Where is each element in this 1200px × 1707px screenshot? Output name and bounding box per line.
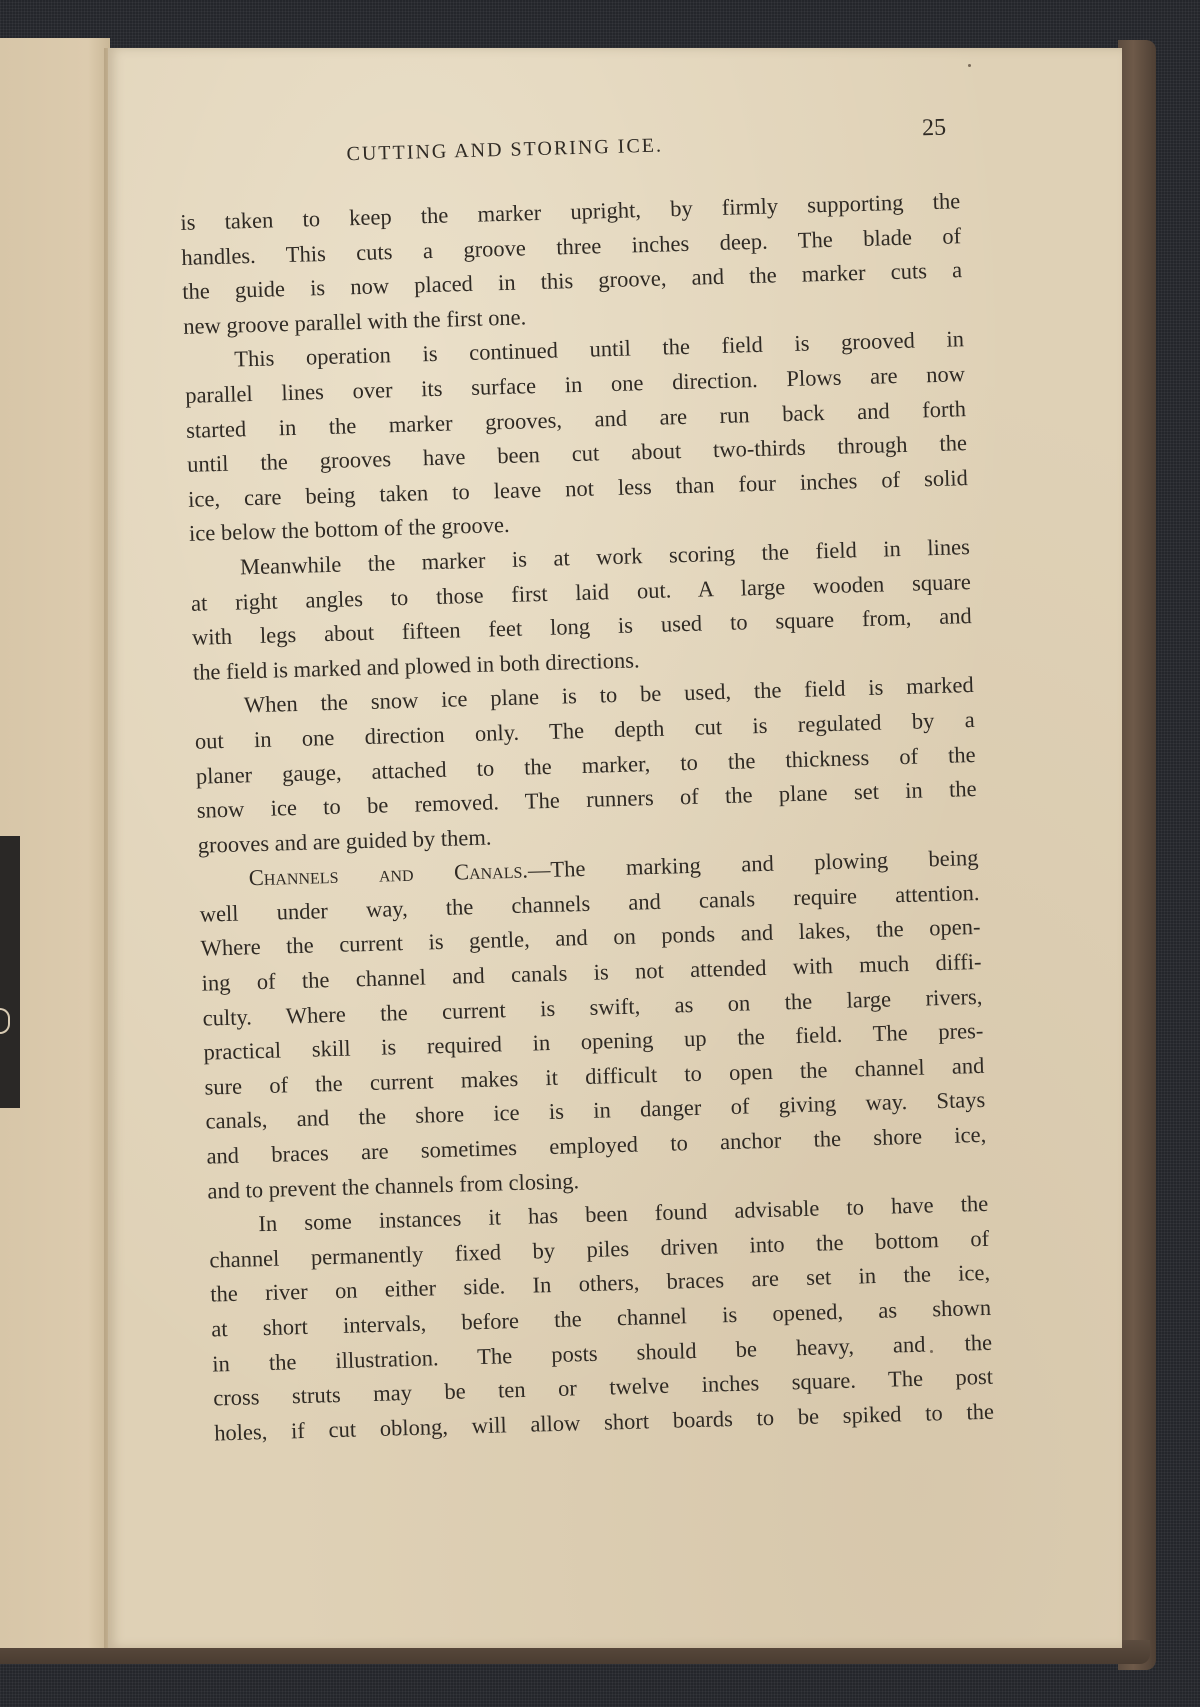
page-content: CUTTING AND STORING ICE. 25 is taken to … [178, 114, 994, 1451]
paper-fleck [968, 64, 971, 67]
running-head: CUTTING AND STORING ICE. 25 [178, 114, 959, 176]
left-page-plate [0, 836, 20, 1108]
book-cover-edge [1118, 40, 1156, 1670]
page-number: 25 [922, 115, 947, 143]
running-title: CUTTING AND STORING ICE. [346, 134, 663, 166]
section-heading: Channels and Canals. [248, 858, 528, 891]
left-page-edge [0, 38, 110, 1648]
book-page: CUTTING AND STORING ICE. 25 is taken to … [108, 48, 1122, 1648]
body-text: is taken to keep the marker upright, by … [180, 184, 994, 1451]
